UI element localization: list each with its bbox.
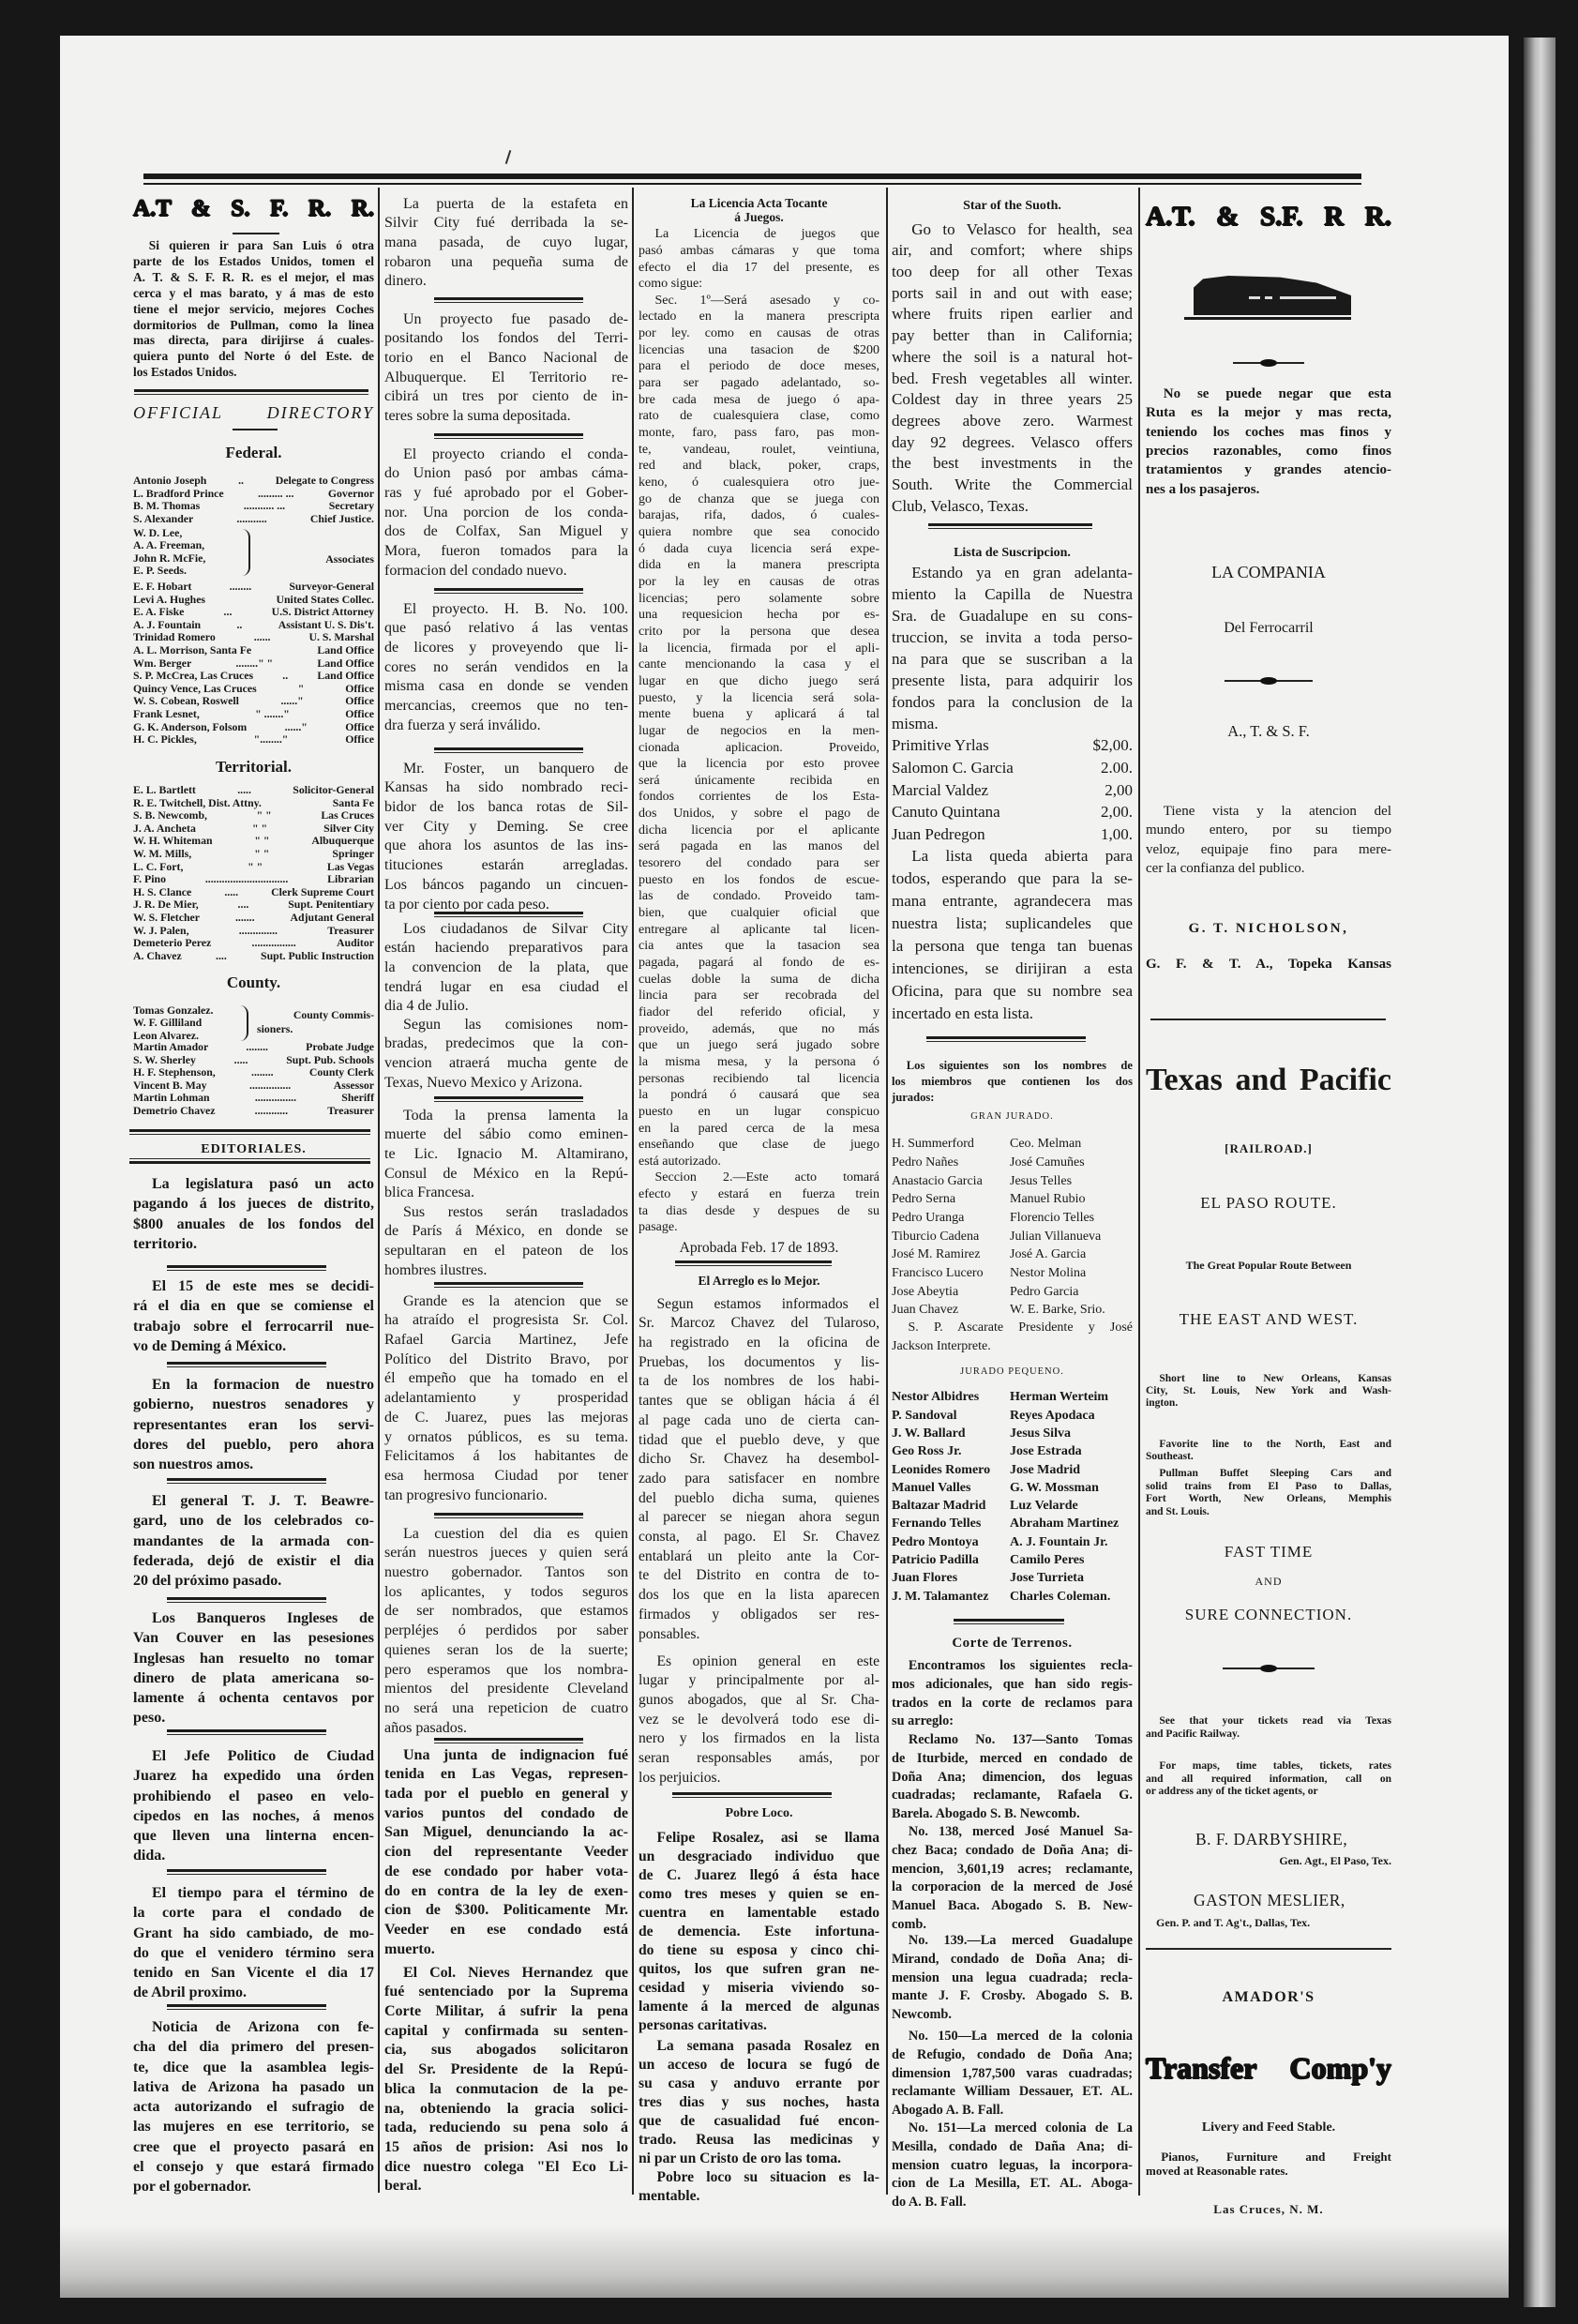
text-line: monte, faro, pass faro, pas mon- — [639, 425, 879, 442]
text-line: bre cada mesa de juego ó apa- — [639, 392, 879, 409]
juror-name: Juan Chavez — [892, 1301, 958, 1320]
text-line: cion de La Mesilla, ET. AL. Aboga- — [892, 2175, 1133, 2194]
text-line: mante J. F. Crosby. Abogado S. B. — [892, 1987, 1133, 2006]
text-line: No se puede negar que esta — [1146, 385, 1391, 403]
company-sub-label: Del Ferrocarril — [1146, 619, 1391, 638]
subscriber-name: Salomon C. Garcia — [892, 757, 1014, 779]
text-line: lugar en que dicho juego será — [639, 673, 879, 690]
juror-name: Pedro Uranga — [892, 1209, 964, 1228]
directory-list-territorial: E. L. Bartlett.....Solicitor-GeneralR. E… — [133, 784, 374, 962]
text-line: degrees above zero. Warmest — [892, 411, 1133, 432]
text-line: están haciendo preparativos para — [384, 939, 628, 958]
text-line: Noticia de Arizona con fe- — [133, 2017, 374, 2037]
text-line: muerto. — [384, 1940, 628, 1960]
column-2: La puerta de la estafeta enSilvir City f… — [384, 0, 628, 2324]
text-line: Tiene vista y la atencion del — [1146, 802, 1391, 822]
text-line: gard, uno de los celebrados co- — [133, 1511, 374, 1531]
official-title: United States Collec. — [276, 594, 374, 607]
text-line: do A. B. Fall. — [892, 2194, 1133, 2212]
text-line: or address any of the ticket agents, or — [1146, 1786, 1391, 1799]
editorials-heading: EDITORIALES. — [133, 1142, 374, 1157]
juror-name: Manuel Rubio — [1010, 1190, 1086, 1209]
text-line: nuestra lista; suplicandeles que — [892, 913, 1133, 935]
news-paragraph: Toda la prensa lamenta lamuerte del sábi… — [384, 1107, 628, 1204]
text-line: La legislatura pasó un acto — [133, 1174, 374, 1194]
agent-2-name: GASTON MESLIER, — [1194, 1891, 1345, 1909]
juror-name: A. J. Fountain Jr. — [1010, 1533, 1108, 1551]
official-name: W. M. Mills, — [133, 848, 191, 861]
text-line: ta dias desde y despues de su — [639, 1203, 879, 1220]
directory-list-federal-b: E. F. Hobart........Surveyor-GeneralLevi… — [133, 581, 374, 747]
text-line: pay better than in California; — [892, 325, 1133, 347]
official-name: G. K. Anderson, Folsom — [133, 721, 247, 734]
text-line: las de condado. Proveido tam- — [639, 888, 879, 905]
text-line: dra fuerza y será inválido. — [384, 717, 628, 736]
ticket-note: See that your tickets read via Texasand … — [1146, 1715, 1391, 1741]
and-label: AND — [1146, 1575, 1391, 1588]
leader: ........... ... — [200, 500, 329, 513]
jury-row: Tiburcio CadenaJulian Villanueva — [892, 1228, 1133, 1246]
directory-row: S. W. Sherley.....Supt. Pub. Schools — [133, 1054, 374, 1067]
text-line: que pasó relativo á las ventas — [384, 619, 628, 639]
text-line: Los Banqueros Ingleses de — [133, 1608, 374, 1628]
text-line: dinero. — [384, 272, 628, 292]
news-paragraph: Una junta de indignacion fuétenida en La… — [384, 1746, 628, 1960]
text-line: la misma mesa, y la persona ó — [639, 1054, 879, 1071]
jury-row: Baltazar MadridLuz Velarde — [892, 1497, 1133, 1515]
text-line: Rafael Garcia Martinez, Jefe — [384, 1331, 628, 1351]
atsf-ad-body: Si quieren ir para San Luis ó otraparte … — [133, 238, 374, 381]
ornament-divider — [1223, 1668, 1315, 1669]
text-line: mente buena y aplicará á tal — [639, 706, 879, 723]
text-line: de ser nombrados, que estamos — [384, 1602, 628, 1622]
text-line: teniendo los coches mas finos y — [1146, 423, 1391, 442]
approval-date: Aprobada Feb. 17 de 1893. — [639, 1239, 879, 1258]
juror-name: Manuel Valles — [892, 1479, 970, 1497]
jury-row: Pedro NañesJosé Camuñes — [892, 1154, 1133, 1172]
text-line: al parecer se niegan ahora segun — [639, 1508, 879, 1528]
official-title: Office — [345, 733, 374, 747]
text-line: que ahora los asuntos de las ins- — [384, 837, 628, 856]
directory-row: W. M. Mills," "Springer — [133, 848, 374, 861]
rule-divider — [233, 429, 278, 430]
text-line: Felicitamos á los habitantes de — [384, 1447, 628, 1467]
rule-divider — [167, 1869, 326, 1875]
article-paragraph: La lista queda abierta paratodos, espera… — [892, 845, 1133, 1025]
text-line: where the soil is a natural hot- — [892, 347, 1133, 369]
editorial-paragraph: La legislatura pasó un actopagando á los… — [133, 1174, 374, 1254]
fast-time-label: FAST TIME — [1146, 1543, 1391, 1562]
text-line: proveido, además, que no más — [639, 1021, 879, 1038]
agent-title: G. F. & T. A., Topeka Kansas — [1146, 955, 1391, 973]
text-line: bien, que cualquier oficial que — [639, 905, 879, 922]
editorial-paragraph: Los Banqueros Ingleses deVan Couver en l… — [133, 1608, 374, 1728]
news-paragraph: La puerta de la estafeta enSilvir City f… — [384, 195, 628, 293]
text-line: la corte para el condado de — [133, 1903, 374, 1923]
velasco-ad-paragraph: Go to Velasco for health, seaair, and co… — [892, 219, 1133, 518]
text-line: El Col. Nieves Hernandez que — [384, 1964, 628, 1984]
jury-row: José M. RamirezJosé A. Garcia — [892, 1245, 1133, 1264]
official-name: Demeterio Perez — [133, 937, 211, 950]
text-line: para el periodo de doce meses, — [639, 358, 879, 375]
official-name: E. F. Hobart — [133, 581, 192, 594]
text-line: puesto en un lugar conspicuo — [639, 1104, 879, 1121]
directory-title-right: DIRECTORY — [267, 403, 374, 422]
leader: " ......." — [200, 708, 345, 721]
directory-row: F. Pino..............................Lib… — [133, 873, 374, 886]
text-line: para ser pagado adelantado, so- — [639, 375, 879, 392]
text-line: gobierno, nuestros senadores y — [133, 1395, 374, 1414]
text-line: todos, esperando que para la se- — [892, 868, 1133, 890]
atsf-ad-heading: A.T & S. F. R. R. — [133, 196, 374, 222]
leader: " — [257, 683, 345, 696]
text-line: lugar de negocios en la men- — [639, 723, 879, 740]
juror-name: Jose Madrid — [1010, 1461, 1080, 1479]
text-line: Los ciudadanos de Silvar City — [384, 920, 628, 940]
text-line: serán nuestros jueces y quien será — [384, 1544, 628, 1563]
text-line: pagando á los jueces de distrito, — [133, 1194, 374, 1214]
official-name: A. Chavez — [133, 950, 182, 963]
text-line: años pasados. — [384, 1719, 628, 1739]
text-line: pasage. — [639, 1219, 879, 1236]
text-line: El general T. J. T. Beawre- — [133, 1491, 374, 1511]
leader: " " — [191, 848, 332, 861]
subscription-amount: 2.00. — [1101, 757, 1133, 779]
juror-name: Julian Villanueva — [1010, 1228, 1101, 1246]
text-line: No. 150—La merced de la colonia — [892, 2028, 1133, 2046]
directory-row: H. F. Stephenson,........County Clerk — [133, 1066, 374, 1079]
text-line: será pagada en las manos del — [639, 838, 879, 855]
text-line: representantes eran los servi- — [133, 1415, 374, 1435]
text-line: Sra. de Guadalupe en su cons- — [892, 605, 1133, 626]
subscription-row: Primitive Yrlas$2,00. — [892, 734, 1133, 757]
column-5: A.T. & S.F. R R. No se puede negar que e… — [1146, 0, 1391, 2324]
land-claim-paragraph: Reclamo No. 137—Santo Tomasde Iturbide, … — [892, 1731, 1133, 1824]
text-line: day 92 degrees. Velasco offers — [892, 432, 1133, 454]
text-line: mension una legua cuadrada; recla- — [892, 1969, 1133, 1988]
text-line: son nuestros amos. — [133, 1455, 374, 1474]
text-line: blica la conmutacion de la pe- — [384, 2080, 628, 2100]
leader: " " — [213, 835, 312, 848]
rule-divider — [129, 1129, 370, 1135]
official-title: Silver City — [323, 822, 374, 836]
text-line: cionada aplicacion. Proveido, — [639, 740, 879, 757]
directory-row: G. K. Anderson, Folsom......"Office — [133, 721, 374, 734]
text-line: enseñando que clase de juego — [639, 1137, 879, 1154]
text-line: Político del Distrito Bravo, por — [384, 1351, 628, 1370]
text-line: Corte Militar, á sufrir la pena — [384, 2002, 628, 2022]
text-line: sepultaran en el pateon de los — [384, 1242, 628, 1261]
juror-name: José Camuñes — [1010, 1154, 1085, 1172]
text-line: Mirand, condado de Doña Ana; di- — [892, 1951, 1133, 1969]
rule-divider — [167, 2004, 326, 2010]
leader: " " — [183, 861, 326, 874]
text-line: su casa y anduvo errante por — [639, 2075, 879, 2093]
text-line: peso. — [133, 1708, 374, 1728]
text-line: Texas, Nuevo Mexico y Arizona. — [384, 1074, 628, 1094]
directory-row: W. H. Whiteman" "Albuquerque — [133, 835, 374, 848]
subscription-list: Primitive Yrlas$2,00.Salomon C. Garcia2.… — [892, 734, 1133, 846]
juror-name: Abraham Martinez — [1010, 1515, 1119, 1532]
jury-row: Jose AbeytiaPedro Garcia — [892, 1283, 1133, 1302]
subscription-amount: $2,00. — [1093, 734, 1134, 757]
text-line: licencias una tasacion de $200 — [639, 342, 879, 359]
text-line: crito por la persona que desea — [639, 624, 879, 641]
subscription-row: Marcial Valdez2,00 — [892, 779, 1133, 802]
text-line: que la licencia por esto provee — [639, 756, 879, 773]
text-line: él empeño que ha tomado en el — [384, 1369, 628, 1389]
text-line: jurados: — [892, 1090, 1133, 1106]
text-line: do que el venidero término sera — [133, 1943, 374, 1963]
route-tagline: The Great Popular Route Between — [1146, 1258, 1391, 1273]
news-paragraph: El Col. Nieves Hernandez quefué sentenci… — [384, 1964, 628, 2196]
atsf-heading: A.T. & S.F. R R. — [1146, 202, 1391, 232]
leader: ........ — [208, 1041, 306, 1054]
text-line: como sigue: — [639, 276, 879, 293]
text-line: na para que se suscriban a la — [892, 648, 1133, 670]
directory-row: B. M. Thomas........... ...Secretary — [133, 500, 374, 513]
subscription-amount: 2,00. — [1101, 801, 1133, 823]
text-line: cion de $300. Politicamente Mr. — [384, 1901, 628, 1921]
text-line: varios puntos del condado de — [384, 1804, 628, 1824]
directory-list-county: Martin Amador........Probate JudgeS. W. … — [133, 1041, 374, 1118]
rule-divider — [954, 1619, 1064, 1624]
official-name: S. P. McCrea, Las Cruces — [133, 670, 253, 683]
land-claim-paragraph: No. 138, merced José Manuel Sa-chez Baca… — [892, 1823, 1133, 1934]
juror-name: Jesus Silva — [1010, 1425, 1071, 1442]
transfer-company-title: Transfer Comp'y — [1146, 2047, 1391, 2089]
text-line: dida. — [133, 1846, 374, 1865]
jury-row: Geo Ross Jr.Jose Estrada — [892, 1442, 1133, 1460]
text-line: federada, dejó de existir el dia — [133, 1551, 374, 1571]
juror-name: Camilo Peres — [1010, 1551, 1084, 1569]
directory-row: S. Alexander...........Chief Justice. — [133, 513, 374, 526]
article-paragraph: La semana pasada Rosalez enun acceso de … — [639, 2037, 879, 2168]
text-line: Sus restos serán trasladados — [384, 1203, 628, 1223]
text-line: dores del pueblo, pero ahora — [133, 1435, 374, 1455]
text-line: ver City y Deming. Se cree — [384, 818, 628, 838]
text-line: do Union pasó por ambas cáma- — [384, 464, 628, 484]
leader: " " — [196, 822, 323, 836]
leader: .............................. — [166, 873, 327, 886]
text-line: mana pasada, de cuyo lugar, — [384, 234, 628, 253]
text-line: El 15 de este mes se decidi- — [133, 1276, 374, 1296]
official-name: Wm. Berger — [133, 657, 191, 671]
leader: ...... — [216, 631, 309, 644]
text-line: lativa de Arizona ha pasado un — [133, 2077, 374, 2097]
official-name: Quincy Vence, Las Cruces — [133, 683, 257, 696]
text-line: mandantes de la armada con- — [133, 1532, 374, 1551]
juror-name: W. E. Barke, Srio. — [1010, 1301, 1105, 1320]
text-line: está autorizado. — [639, 1154, 879, 1170]
leader: ........... — [193, 513, 310, 526]
text-line: ta de los nombres de los habi- — [639, 1372, 879, 1392]
official-name: E. P. Seeds. — [133, 565, 374, 577]
juror-name: J. W. Ballard — [892, 1425, 966, 1442]
directory-list-federal-a: Antonio Joseph..Delegate to CongressL. B… — [133, 475, 374, 525]
official-name: H. C. Pickles, — [133, 733, 197, 747]
text-line: No. 151—La merced colonia de La — [892, 2120, 1133, 2138]
text-line: keno, ó cualesquiera otro jue- — [639, 475, 879, 491]
official-name: Vincent B. May — [133, 1079, 207, 1093]
editorial-paragraph: El general T. J. T. Beawre-gard, uno de … — [133, 1491, 374, 1591]
juror-name: Jesus Telles — [1010, 1172, 1072, 1191]
rule-divider — [434, 747, 583, 753]
text-line: Mesilla, condado de Daña Ana; di- — [892, 2138, 1133, 2157]
official-title: Land Office — [317, 644, 374, 657]
text-line: tantes que se obligan hácia á él — [639, 1392, 879, 1411]
official-name: A. A. Freeman, — [133, 539, 374, 551]
leader: .... — [182, 950, 261, 963]
directory-row: Demeterio Perez................Auditor — [133, 937, 374, 950]
official-title: Las Cruces — [321, 809, 374, 822]
text-line: cores no serán vendidos en la — [384, 658, 628, 678]
leader — [205, 594, 276, 607]
jury-row: Anastacio GarciaJesus Telles — [892, 1172, 1133, 1191]
text-line: Van Couver en las pesesiones — [133, 1628, 374, 1648]
column-divider — [632, 188, 634, 2195]
text-line: Veeder en ese condado está — [384, 1921, 628, 1940]
text-line: incertado en esta lista. — [892, 1003, 1133, 1025]
subscription-row: Canuto Quintana2,00. — [892, 801, 1133, 823]
juror-name: Ceo. Melman — [1010, 1135, 1081, 1154]
leader: ............... — [210, 1092, 342, 1105]
jury-row: Juan FloresJose Turrieta — [892, 1569, 1133, 1587]
text-line: ni par un Cristo de oro las toma. — [639, 2150, 879, 2168]
text-line: personas recibiendo tal licencia — [639, 1071, 879, 1088]
leader: ..... — [196, 784, 293, 797]
official-title: Supt. Penitentiary — [288, 898, 374, 912]
official-name: A. J. Fountain — [133, 619, 201, 632]
text-line: entablará un pleito ante la Cor- — [639, 1547, 879, 1567]
text-line: firmados y obligados ser res- — [639, 1606, 879, 1625]
text-line: robaron una pequeña suma de — [384, 253, 628, 273]
jury-row: Pedro SernaManuel Rubio — [892, 1190, 1133, 1209]
rule-divider — [167, 1729, 326, 1735]
text-line: ha registrado en la oficina de — [639, 1334, 879, 1353]
text-line: lincia para ser recobrada del — [639, 988, 879, 1004]
text-line: Toda la prensa lamenta la — [384, 1107, 628, 1126]
directory-row: J. A. Ancheta" "Silver City — [133, 822, 374, 836]
text-line: moved at Reasonable rates. — [1146, 2164, 1391, 2178]
text-line: quitos, los que sufren gran ne- — [639, 1960, 879, 1979]
text-line: quiera punto del Norte ó del Este. de — [133, 349, 374, 365]
article-paragraph: Es opinion general en estelugar y princi… — [639, 1652, 879, 1788]
text-line: ponsables. — [639, 1625, 879, 1645]
subscription-amount: 2,00 — [1105, 779, 1133, 802]
official-title: Supt. Public Instruction — [261, 950, 374, 963]
text-line: nuestro gobernador. Tantos son — [384, 1563, 628, 1583]
juror-name: Jose Abeytia — [892, 1283, 958, 1302]
juror-name: Florencio Telles — [1010, 1209, 1094, 1228]
text-line: pero esperamos que los nombra- — [384, 1661, 628, 1681]
subscriber-name: Primitive Yrlas — [892, 734, 989, 757]
juror-name: Geo Ross Jr. — [892, 1442, 962, 1460]
text-line: dicho Sr. Chavez ha desembol- — [639, 1450, 879, 1470]
ornament-divider — [1225, 680, 1313, 682]
text-line: de C. Juarez, pues las mejoras — [384, 1409, 628, 1428]
text-line: mension cuatro leguas, la incorpora- — [892, 2157, 1133, 2176]
text-line: de Iturbide, merced en condado de — [892, 1750, 1133, 1769]
text-line: mentable. — [639, 2187, 879, 2206]
text-line: misma. — [892, 713, 1133, 734]
rule-divider — [233, 233, 279, 234]
official-title: Librarian — [327, 873, 374, 886]
official-name: Frank Lesnet, — [133, 708, 200, 721]
text-line: zado para satisfacer en nombre — [639, 1470, 879, 1489]
article-heading-corte: Corte de Terrenos. — [892, 1635, 1133, 1652]
jury-intro-paragraph: Los siguientes son los nombres delos mie… — [892, 1058, 1133, 1106]
text-line: S. P. Ascarate Presidente y José — [892, 1319, 1133, 1337]
directory-row: J. R. De Mier,....Supt. Penitentiary — [133, 898, 374, 912]
route-name: EL PASO ROUTE. — [1146, 1194, 1391, 1213]
text-line: na, obteniendo la gracia solici- — [384, 2100, 628, 2120]
editorial-paragraph: El Jefe Politico de CiudadJuarez ha expe… — [133, 1746, 374, 1866]
leader: ........" " — [191, 657, 317, 671]
text-line: Felipe Rosalez, asi se llama — [639, 1829, 879, 1848]
text-line: dos los que en la lista aparecen — [639, 1586, 879, 1606]
news-paragraph: Un proyecto fue pasado de-positando los … — [384, 310, 628, 427]
text-line: los aplicantes, y todos seguros — [384, 1583, 628, 1603]
text-line: seran responsables amás, por — [639, 1749, 879, 1769]
text-line: $800 anuales de los fondos del — [133, 1215, 374, 1234]
text-line: do tiene su esposa y cinco chi- — [639, 1941, 879, 1960]
subscription-amount: 1,00. — [1101, 823, 1133, 846]
text-line: efecto y estará en fuerza trein — [639, 1186, 879, 1203]
article-paragraph: Seccion 2.—Este acto tomaráefecto y esta… — [639, 1170, 879, 1236]
text-line: dicha licencia por el aplicante — [639, 822, 879, 839]
text-line: efecto el dia 17 del presente, es — [639, 260, 879, 277]
text-line: nor. Una porcion de los conda- — [384, 504, 628, 523]
official-name: E. L. Bartlett — [133, 784, 196, 797]
text-line: vo de Deming á México. — [133, 1336, 374, 1356]
rule-divider — [434, 912, 583, 917]
article-paragraph: Pobre loco su situacion es la-mentable. — [639, 2168, 879, 2206]
text-line: Si quieren ir para San Luis ó otra — [133, 238, 374, 254]
agent-name: G. T. NICHOLSON, — [1146, 919, 1391, 938]
column-divider — [1138, 188, 1140, 2196]
text-line: cer la confianza del publico. — [1146, 859, 1391, 879]
official-name: R. E. Twitchell, Dist. Attny. — [133, 797, 262, 810]
text-line: mos adicionales, que han sido regis- — [892, 1676, 1133, 1695]
official-name: H. S. Clance — [133, 886, 191, 899]
juror-name: Charles Coleman. — [1010, 1588, 1110, 1606]
text-line: tiene el mejor servicio, mejores Coches — [133, 302, 374, 318]
text-line: intenciones, se dirijiran a esta — [892, 958, 1133, 980]
text-line: tratamientos y grandes atencio- — [1146, 460, 1391, 479]
jury-row: Pedro MontoyaA. J. Fountain Jr. — [892, 1533, 1133, 1551]
official-name: Demetrio Chavez — [133, 1105, 215, 1118]
news-paragraph: El proyecto. H. B. No. 100.que pasó rela… — [384, 600, 628, 736]
text-line: do en contra de la ley de exen- — [384, 1882, 628, 1902]
jury-row: Francisco LuceroNestor Molina — [892, 1264, 1133, 1283]
column-1: A.T & S. F. R. R. Si quieren ir para San… — [133, 0, 374, 2324]
leader: .. — [206, 475, 275, 488]
official-title: Albuquerque — [311, 835, 374, 848]
official-name: S. B. Newcomb, — [133, 809, 207, 822]
brace-icon — [240, 1005, 248, 1041]
official-title: Las Vegas — [327, 861, 374, 874]
juror-name: Pedro Serna — [892, 1190, 955, 1209]
text-line: fondos para la conclusion de la — [892, 691, 1133, 713]
directory-row: S. B. Newcomb," "Las Cruces — [133, 809, 374, 822]
leader — [251, 644, 317, 657]
train-rail — [1184, 317, 1351, 320]
text-line: por la ley en causas de otras — [639, 574, 879, 591]
text-line: barajas, rifa, dados, ó cuales- — [639, 507, 879, 524]
editorial-paragraph: El tiempo para el término dela corte par… — [133, 1883, 374, 2003]
official-title: U. S. Marshal — [309, 631, 374, 644]
